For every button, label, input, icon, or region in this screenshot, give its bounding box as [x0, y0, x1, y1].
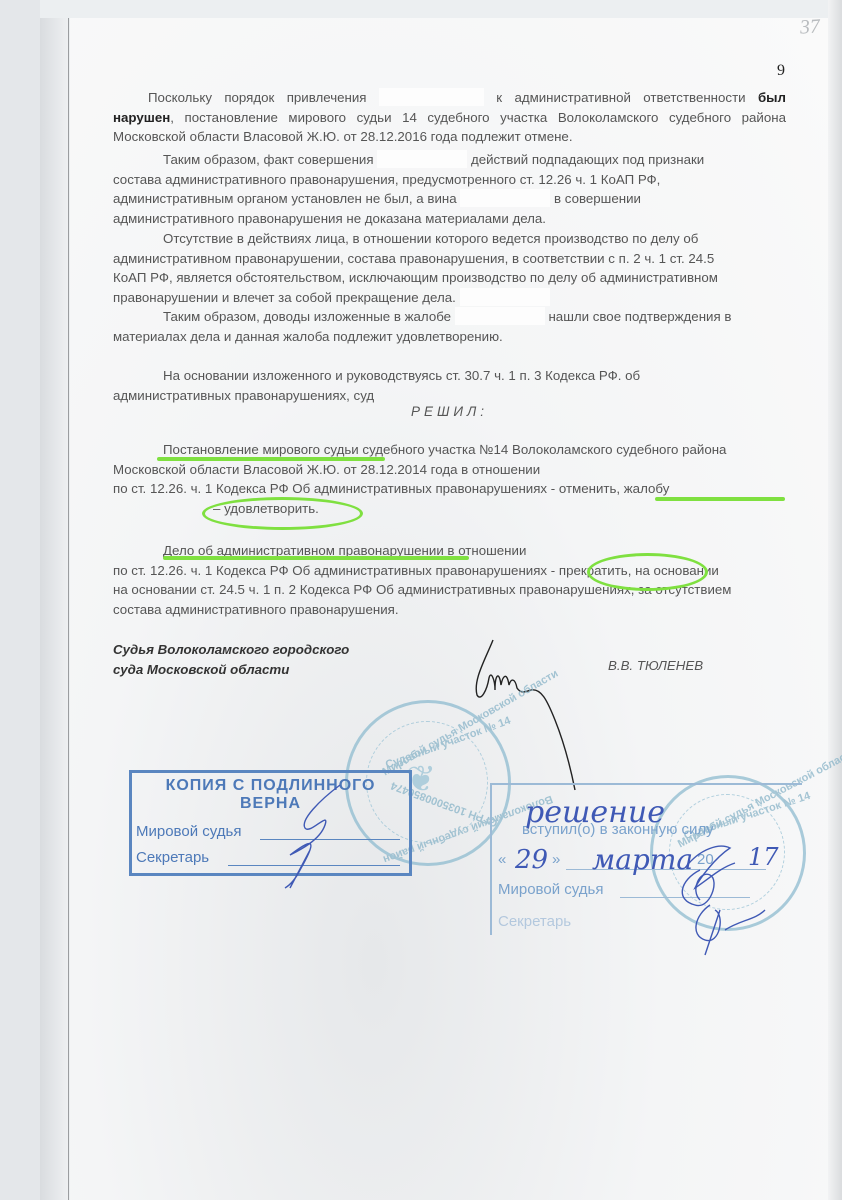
p1-text-c: , постановление мирового судьи 14 судебн… — [113, 110, 786, 145]
paragraph-1: Поскольку порядок привлечения к админист… — [113, 88, 786, 147]
paragraph-4: Таким образом, доводы изложенные в жалоб… — [113, 307, 786, 346]
p3-line-1: Отсутствие в действиях лица, в отношении… — [113, 229, 786, 249]
force-stamp-close-quote: » — [552, 851, 560, 868]
redaction-box — [377, 150, 467, 168]
redaction-box — [460, 288, 550, 306]
p2-line-2: состава административного правонарушения… — [113, 170, 786, 190]
highlight-underline — [157, 457, 385, 461]
p4-line-1: Таким образом, доводы изложенные в жалоб… — [113, 307, 786, 327]
judge-title-line-2: суда Московской области — [113, 660, 349, 680]
force-stamp-judge-label: Мировой судья — [498, 881, 603, 898]
res1-line-3: по ст. 12.26. ч. 1 Кодекса РФ Об админис… — [113, 479, 786, 499]
binding-edge — [40, 18, 69, 1200]
p3-line-4: правонарушении и влечет за собой прекращ… — [113, 288, 786, 308]
p4-line-2: материалах дела и данная жалоба подлежит… — [113, 327, 786, 347]
handwritten-decision: решение — [525, 795, 665, 830]
force-stamp-secretary-label: Секретарь — [498, 913, 571, 930]
paragraph-2: Таким образом, факт совершения действий … — [113, 150, 786, 228]
scan-left-margin — [0, 0, 40, 1200]
page-corner-mark: 37 — [799, 15, 821, 39]
force-stamp-open-quote: « — [498, 851, 506, 868]
copy-stamp-secretary-label: Секретарь — [136, 849, 209, 866]
judge-title-line-1: Судья Волоколамского городского — [113, 640, 349, 660]
paragraph-3: Отсутствие в действиях лица, в отношении… — [113, 229, 786, 307]
p2-line-3: административным органом установлен не б… — [113, 189, 786, 209]
resolved-heading: РЕШИЛ: — [113, 402, 786, 422]
judge-name: В.В. ТЮЛЕНЕВ — [608, 658, 703, 673]
res1-line-2: Московской области Власовой Ж.Ю. от 28.1… — [113, 460, 786, 480]
copy-stamp-signature-icon — [270, 780, 350, 890]
redaction-box — [379, 88, 484, 106]
force-stamp-initials-icon — [680, 838, 740, 898]
res2-line-4: состава административного правонарушения… — [113, 600, 786, 620]
judge-title: Судья Волоколамского городского суда Мос… — [113, 640, 349, 680]
p5-line-1: На основании изложенного и руководствуяс… — [113, 366, 786, 386]
copy-stamp-judge-label: Мировой судья — [136, 823, 241, 840]
highlight-underline — [163, 556, 469, 560]
p1-text-a: Поскольку порядок привлечения — [148, 90, 367, 105]
p3-line-3: КоАП РФ, является обстоятельством, исклю… — [113, 268, 786, 288]
p2-line-1: Таким образом, факт совершения действий … — [113, 150, 786, 170]
highlight-ellipse — [587, 553, 708, 591]
redaction-box — [460, 189, 550, 207]
highlight-underline — [655, 497, 785, 501]
p2-line-4: административного правонарушения не дока… — [113, 209, 786, 229]
page-number: 9 — [777, 62, 785, 80]
handwritten-day: 29 — [515, 845, 548, 875]
highlight-ellipse — [202, 497, 363, 530]
paragraph-5: На основании изложенного и руководствуяс… — [113, 366, 786, 405]
redaction-box — [455, 307, 545, 325]
p3-line-2: административном правонарушении, состава… — [113, 249, 786, 269]
p1-text-b: к административной ответственности — [496, 90, 745, 105]
scan-right-shadow — [828, 0, 842, 1200]
